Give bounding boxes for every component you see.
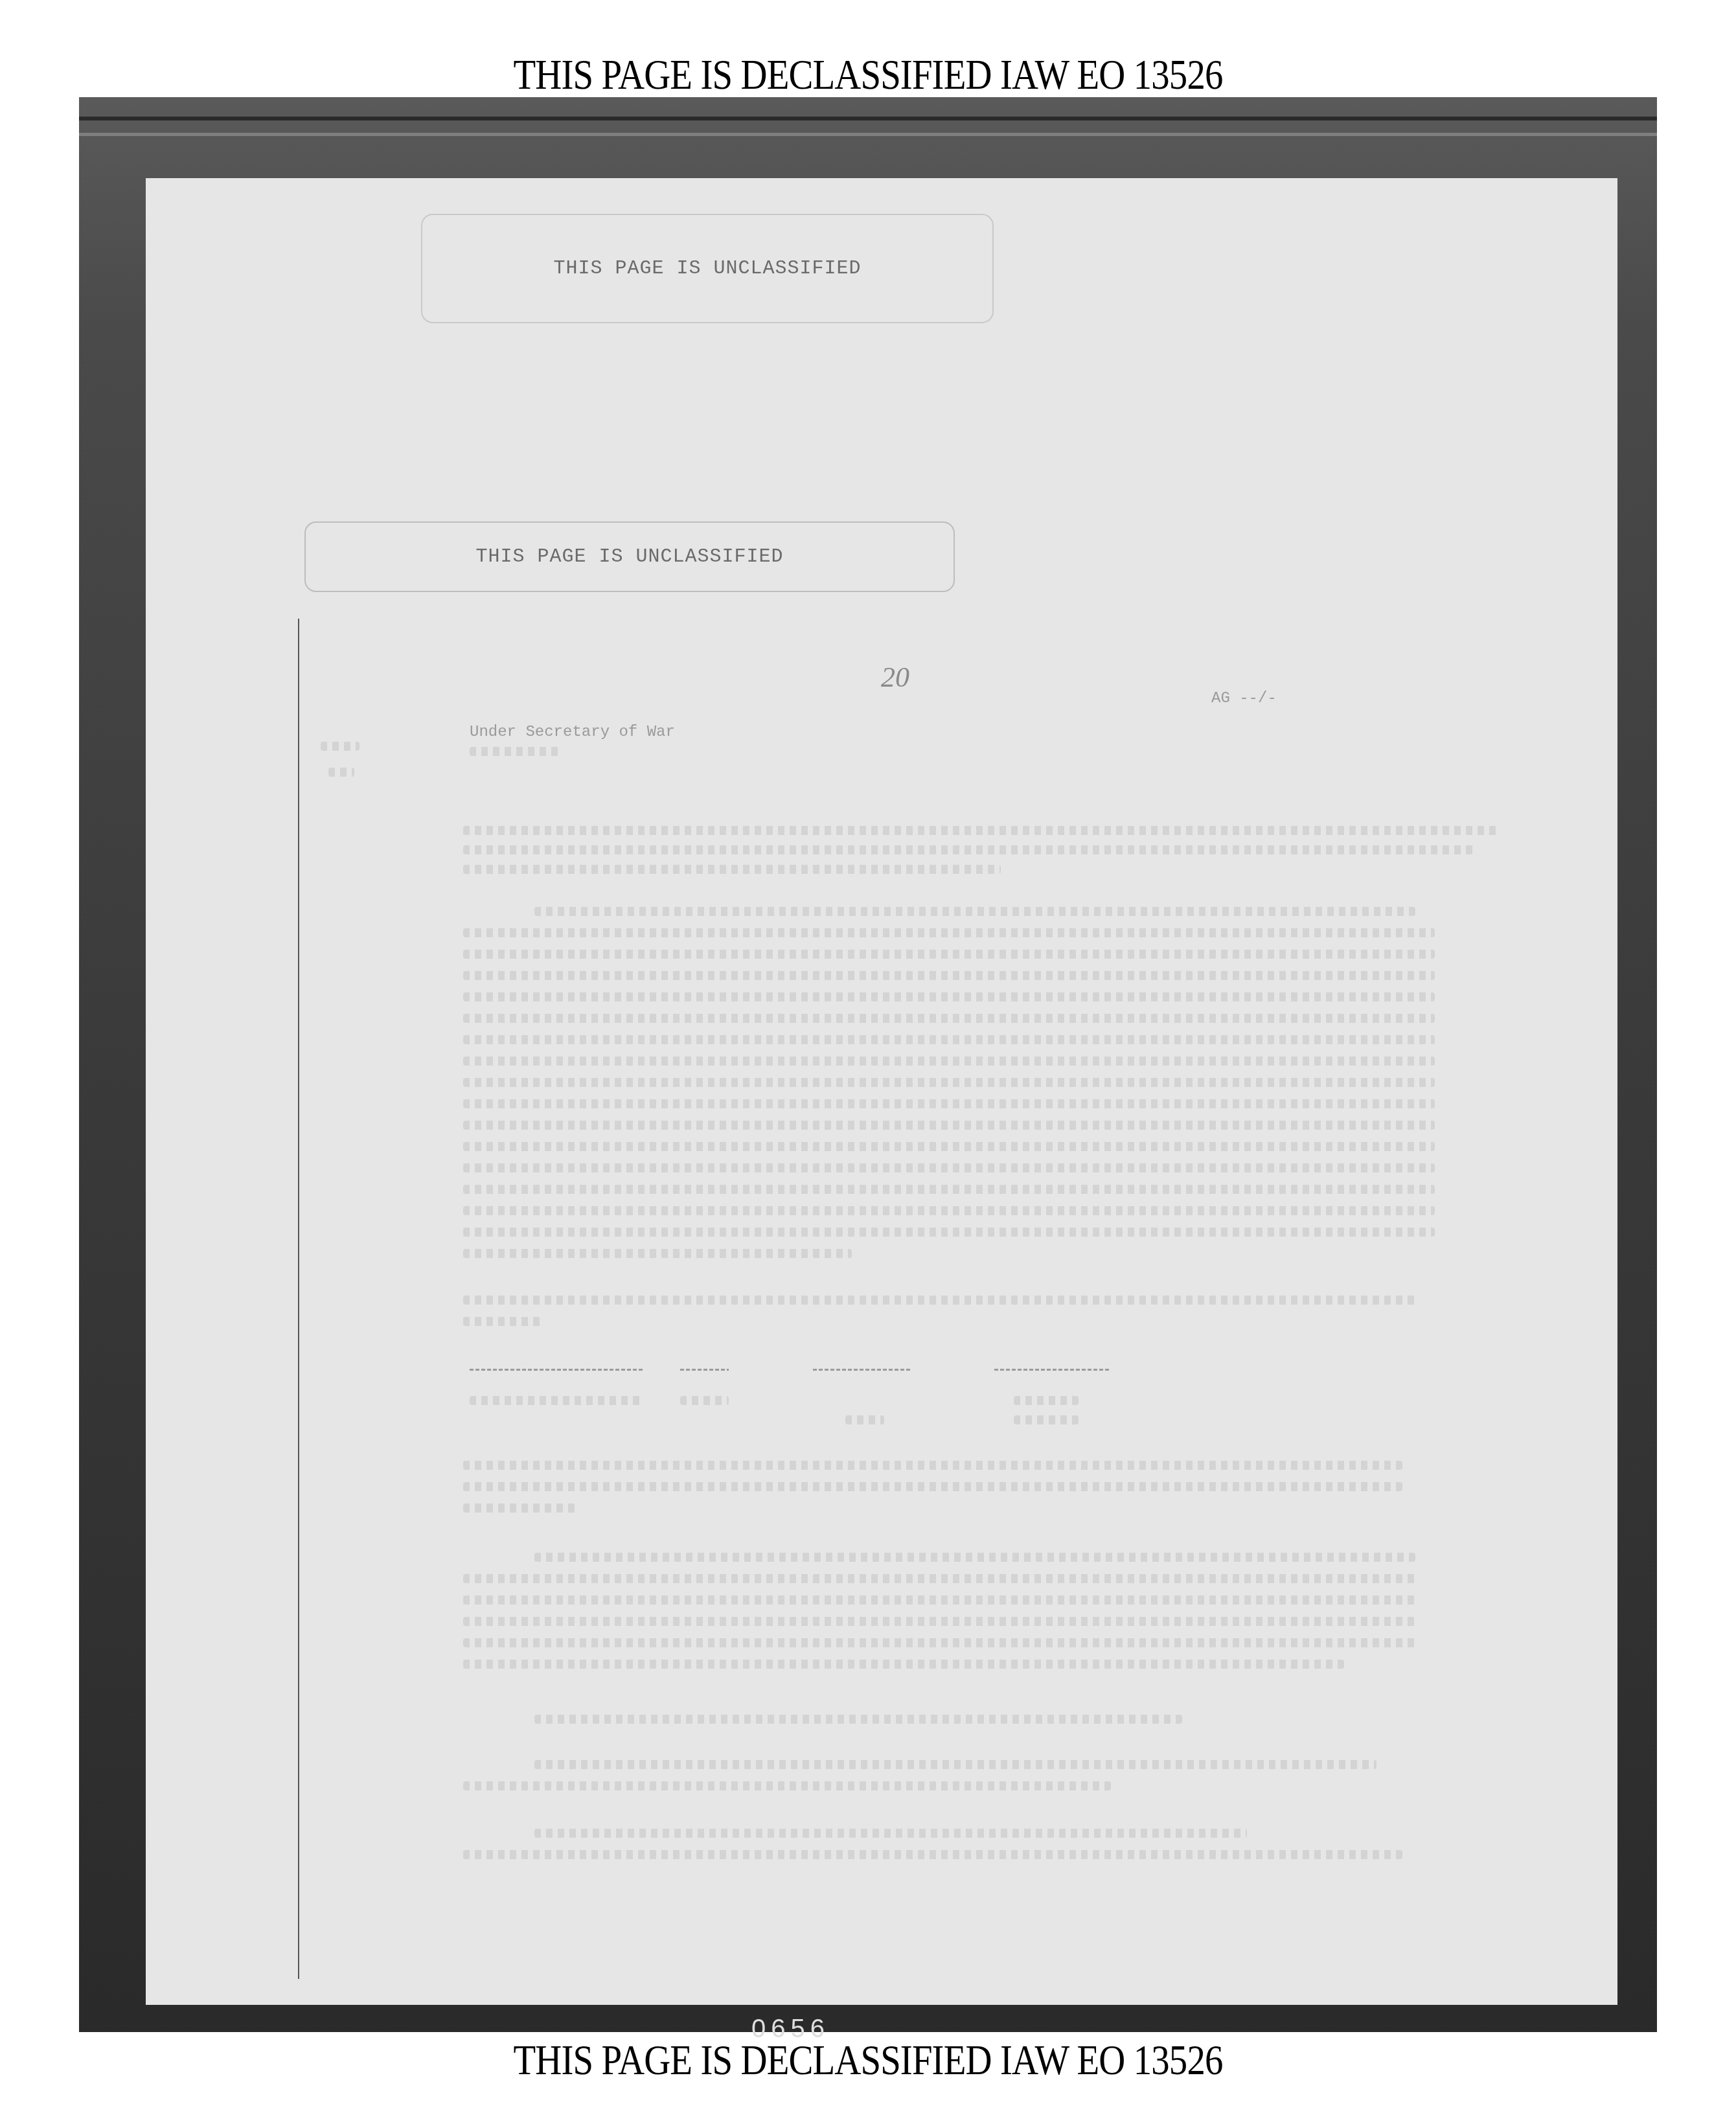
addressee-line: Under Secretary of War — [470, 724, 675, 741]
unclassified-stamp-secondary: THIS PAGE IS UNCLASSIFIED — [304, 521, 955, 592]
handwritten-page-number: 20 — [881, 661, 909, 694]
unclassified-stamp: THIS PAGE IS UNCLASSIFIED — [421, 214, 994, 323]
margin-note — [328, 768, 354, 777]
document-page: THIS PAGE IS UNCLASSIFIED THIS PAGE IS U… — [146, 178, 1617, 2005]
declassification-banner-top: THIS PAGE IS DECLASSIFIED IAW EO 13526 — [122, 51, 1615, 100]
margin-note — [321, 742, 360, 751]
text-line — [470, 747, 560, 756]
declassification-banner-bottom: THIS PAGE IS DECLASSIFIED IAW EO 13526 — [122, 2036, 1615, 2085]
file-reference: AG --/- — [1211, 690, 1277, 707]
inner-sheet-edge — [298, 619, 299, 1979]
